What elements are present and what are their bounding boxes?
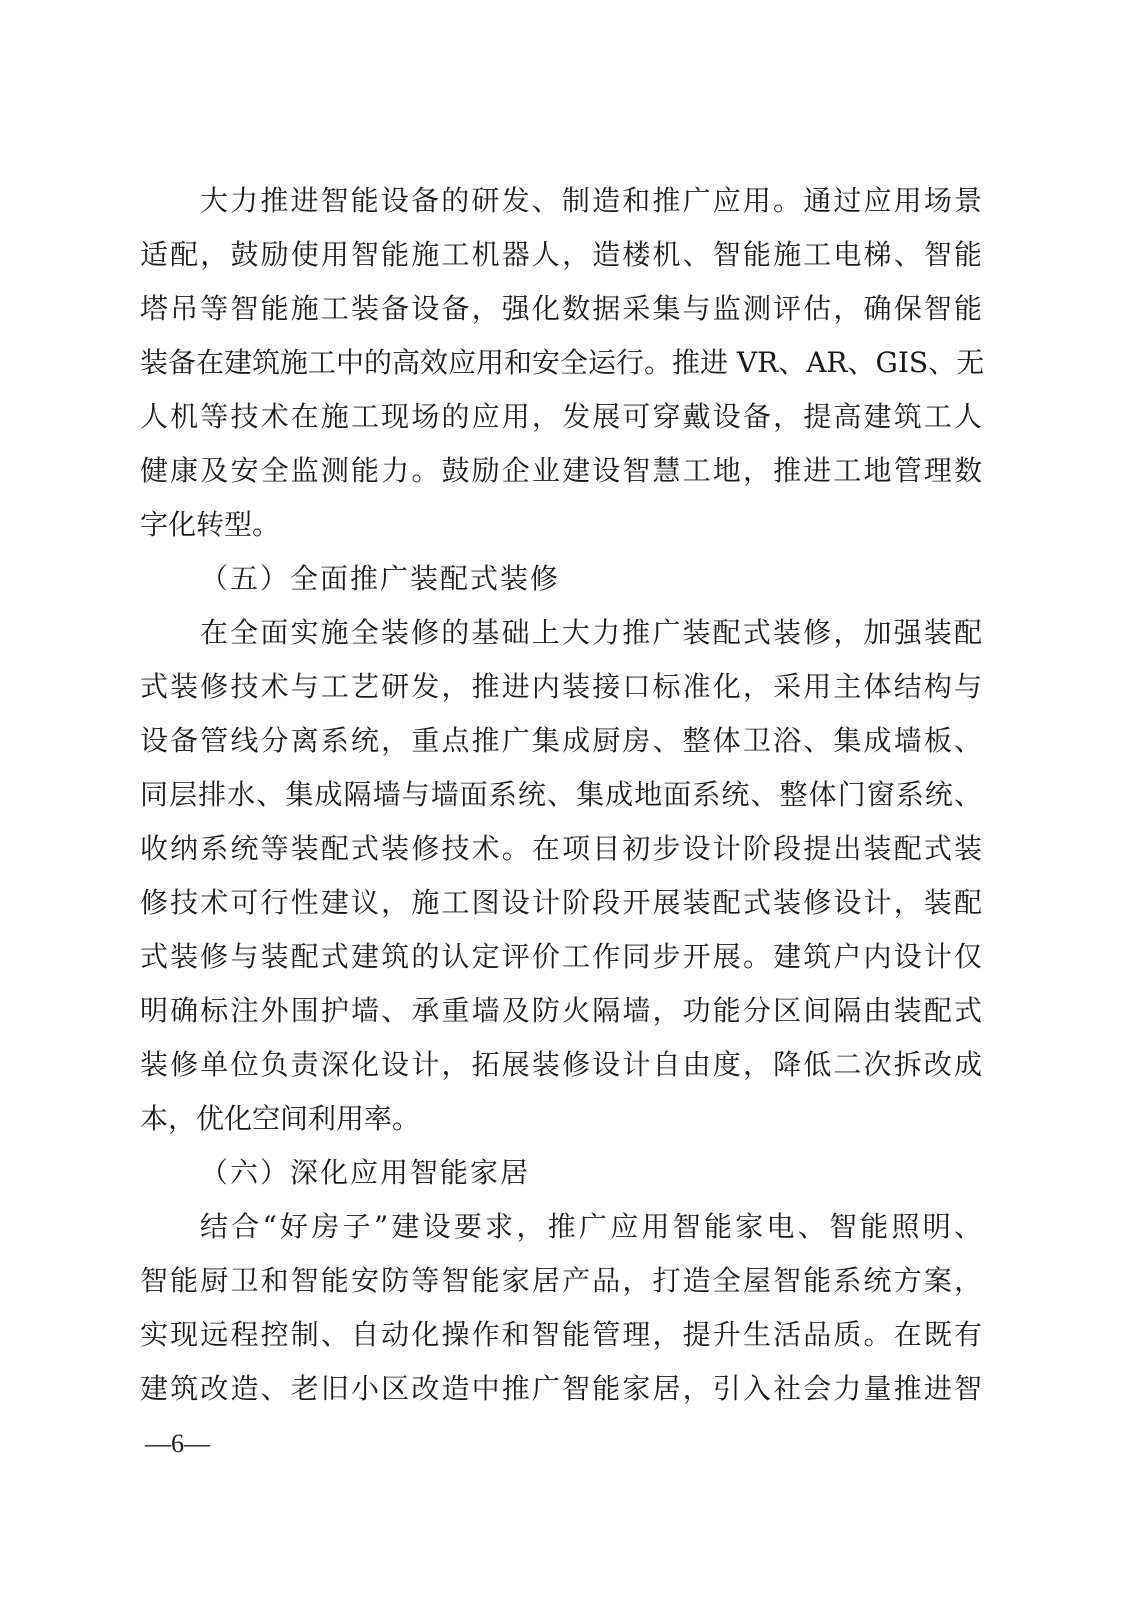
paragraph-2-line-2: 式装修技术与工艺研发，推进内装接口标准化，采用主体结构与	[140, 667, 982, 707]
paragraph-1-line-6: 健康及安全监测能力。鼓励企业建设智慧工地，推进工地管理数	[140, 451, 982, 491]
paragraph-2-line-7: 式装修与装配式建筑的认定评价工作同步开展。建筑户内设计仅	[140, 937, 982, 977]
paragraph-2-line-1: 在全面实施全装修的基础上大力推广装配式装修，加强装配	[200, 613, 982, 653]
paragraph-1-line-1: 大力推进智能设备的研发、制造和推广应用。通过应用场景	[200, 181, 982, 221]
page-number: —6—	[145, 1426, 210, 1462]
paragraph-2-line-5: 收纳系统等装配式装修技术。在项目初步设计阶段提出装配式装	[140, 829, 982, 869]
paragraph-3-line-1: 结合“好房子”建设要求，推广应用智能家电、智能照明、	[200, 1207, 982, 1247]
paragraph-1-line-5: 人机等技术在施工现场的应用，发展可穿戴设备，提高建筑工人	[140, 397, 982, 437]
paragraph-2-line-6: 修技术可行性建议，施工图设计阶段开展装配式装修设计，装配	[140, 883, 982, 923]
section-heading-5: （五）全面推广装配式装修	[200, 559, 560, 599]
paragraph-3-line-2: 智能厨卫和智能安防等智能家居产品，打造全屋智能系统方案，	[140, 1261, 982, 1301]
paragraph-3-line-3: 实现远程控制、自动化操作和智能管理，提升生活品质。在既有	[140, 1315, 982, 1355]
paragraph-2-line-10: 本，优化空间利用率。	[140, 1099, 982, 1139]
paragraph-3-line-4: 建筑改造、老旧小区改造中推广智能家居，引入社会力量推进智	[140, 1369, 982, 1409]
paragraph-1-line-2: 适配，鼓励使用智能施工机器人，造楼机、智能施工电梯、智能	[140, 235, 982, 275]
section-heading-6: （六）深化应用智能家居	[200, 1153, 530, 1193]
paragraph-1-line-3: 塔吊等智能施工装备设备，强化数据采集与监测评估，确保智能	[140, 289, 982, 329]
paragraph-2-line-8: 明确标注外围护墙、承重墙及防火隔墙，功能分区间隔由装配式	[140, 991, 982, 1031]
paragraph-2-line-9: 装修单位负责深化设计，拓展装修设计自由度，降低二次拆改成	[140, 1045, 982, 1085]
paragraph-2-line-4: 同层排水、集成隔墙与墙面系统、集成地面系统、整体门窗系统、	[140, 775, 982, 815]
paragraph-1-line-4: 装备在建筑施工中的高效应用和安全运行。推进 VR、AR、GIS、无	[140, 343, 982, 383]
paragraph-1-line-7: 字化转型。	[140, 505, 982, 545]
paragraph-2-line-3: 设备管线分离系统，重点推广集成厨房、整体卫浴、集成墙板、	[140, 721, 982, 761]
document-page: 大力推进智能设备的研发、制造和推广应用。通过应用场景 适配，鼓励使用智能施工机器…	[0, 0, 1131, 1600]
